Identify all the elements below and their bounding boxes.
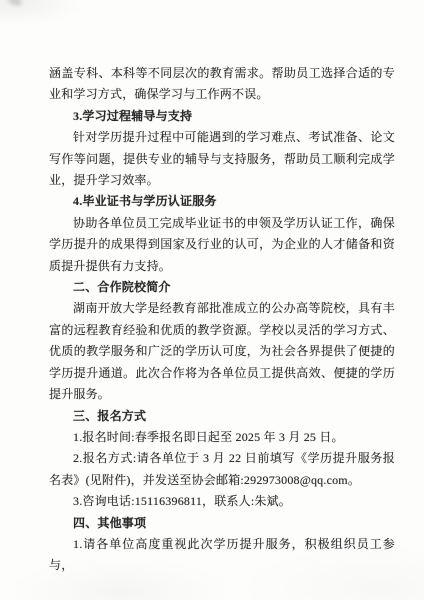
item-registration-time: 1.报名时间:春季报名即日起至 2025 年 3 月 25 日。	[49, 427, 395, 448]
subheading-4-certificate-service: 4.毕业证书与学历认证服务	[49, 191, 395, 212]
section-2-heading-partner-school: 二、合作院校简介	[49, 277, 395, 298]
section-4-heading-other-matters: 四、其他事项	[49, 513, 395, 534]
section-3-heading-registration: 三、报名方式	[49, 406, 395, 427]
paragraph-certificate-service: 协助各单位员工完成毕业证书的申领及学历认证工作，确保学历提升的成果得到国家及行业…	[49, 213, 395, 277]
subheading-3-learning-support: 3.学习过程辅导与支持	[49, 106, 395, 127]
scan-artifact	[7, 0, 23, 8]
document-page: 涵盖专科、本科等不同层次的教育需求。帮助员工选择合适的专业和学习方式，确保学习与…	[0, 0, 424, 600]
paragraph-learning-support: 针对学历提升过程中可能遇到的学习难点、考试准备、论文写作等问题，提供专业的辅导与…	[49, 127, 395, 191]
paragraph-other-matters: 1.请各单位高度重视此次学历提升服务，积极组织员工参与，	[49, 534, 395, 577]
item-registration-method: 2.报名方式:请各单位于 3 月 22 日前填写《学历提升服务报名表》(见附件)…	[49, 448, 395, 491]
paragraph-continued-from-previous-page: 涵盖专科、本科等不同层次的教育需求。帮助员工选择合适的专业和学习方式，确保学习与…	[49, 63, 395, 106]
paragraph-university-intro: 湖南开放大学是经教育部批准成立的公办高等院校，具有丰富的远程教育经验和优质的教学…	[49, 298, 395, 405]
item-contact-phone: 3.咨询电话:15116396811，联系人:朱斌。	[49, 491, 395, 512]
document-body: 涵盖专科、本科等不同层次的教育需求。帮助员工选择合适的专业和学习方式，确保学习与…	[49, 63, 395, 577]
